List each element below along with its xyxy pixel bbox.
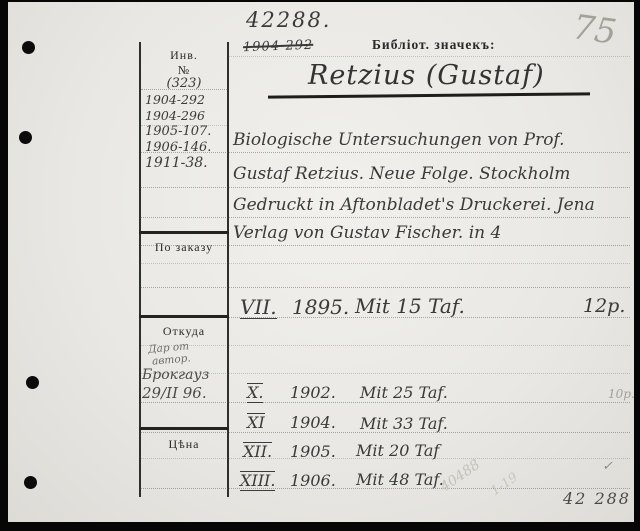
inventory-number: 1904-296	[145, 108, 205, 123]
ruling-line	[141, 187, 630, 188]
section-divider	[139, 231, 229, 234]
inventory-header-line1: Инв.	[139, 48, 229, 63]
punch-hole	[24, 476, 37, 489]
checkmark-icon: ✓	[602, 459, 613, 474]
ruling-line	[141, 152, 630, 153]
ruling-line	[141, 345, 630, 346]
punch-hole	[26, 376, 39, 389]
punch-hole	[19, 131, 32, 144]
accession-number: 42288.	[246, 8, 331, 32]
section-label-price: Цѣна	[139, 437, 229, 452]
volume-plates: Mit 20 Taf	[356, 441, 439, 460]
ruling-line	[141, 373, 630, 374]
volume-year: 1906.	[290, 471, 336, 490]
library-mark-label: Библіот. значекъ:	[372, 37, 496, 53]
description-line: Biologische Untersuchungen von Prof.	[233, 130, 565, 150]
author-heading: Retzius (Gustaf)	[308, 60, 545, 91]
volume-roman: X.	[247, 383, 263, 403]
inventory-header-old-number: (323)	[139, 76, 229, 91]
origin-note-line: Брокгауз	[142, 367, 209, 383]
volume-plates: Mit 33 Taf.	[360, 414, 448, 433]
inventory-number: 1911-38.	[145, 155, 208, 171]
section-label-by-order: По заказу	[139, 240, 229, 255]
origin-note-line: 29/II 96.	[142, 384, 207, 402]
inventory-number: 1904-292	[145, 92, 205, 107]
volume-plates: Mit 15 Taf.	[355, 294, 465, 318]
page-number-pencil: 75	[570, 7, 618, 53]
volume-year: 1904.	[290, 413, 336, 432]
ruling-line	[141, 402, 630, 403]
bottom-card-number: 42 288	[563, 489, 631, 508]
volume-plates: Mit 48 Taf.	[356, 470, 444, 489]
volume-year: 1905.	[290, 442, 336, 461]
ruling-line	[141, 263, 630, 264]
punch-hole	[22, 41, 35, 54]
section-divider	[139, 427, 229, 430]
volume-year: 1895.	[292, 295, 349, 319]
volume-roman: VII.	[240, 297, 277, 319]
volume-price-pencil: 10р.	[608, 387, 635, 401]
old-inventory-number: 1904-292	[243, 38, 314, 55]
description-line: Verlag von Gustav Fischer. in 4	[233, 223, 501, 243]
scan-background: 42288. 1904-292 Библіот. значекъ: 75 Ret…	[0, 0, 640, 531]
volume-plates: Mit 25 Taf.	[360, 383, 448, 402]
volume-roman: XI	[247, 413, 265, 431]
inventory-number: 1906-146.	[145, 140, 211, 155]
volume-roman: XII.	[243, 442, 272, 460]
volume-price: 12р.	[583, 295, 625, 317]
inventory-number: 1905-107.	[145, 124, 211, 139]
section-divider	[139, 315, 229, 318]
section-label-origin: Откуда	[139, 324, 229, 339]
description-line: Gustaf Retzius. Neue Folge. Stockholm	[233, 164, 570, 184]
ruling-line	[229, 56, 630, 57]
ruling-line	[141, 217, 630, 218]
volume-roman: XIII.	[240, 471, 275, 491]
volume-year: 1902.	[290, 383, 336, 402]
description-line: Gedruckt in Aftonbladet's Druckerei. Jen…	[233, 195, 595, 215]
ruling-line	[141, 287, 630, 288]
